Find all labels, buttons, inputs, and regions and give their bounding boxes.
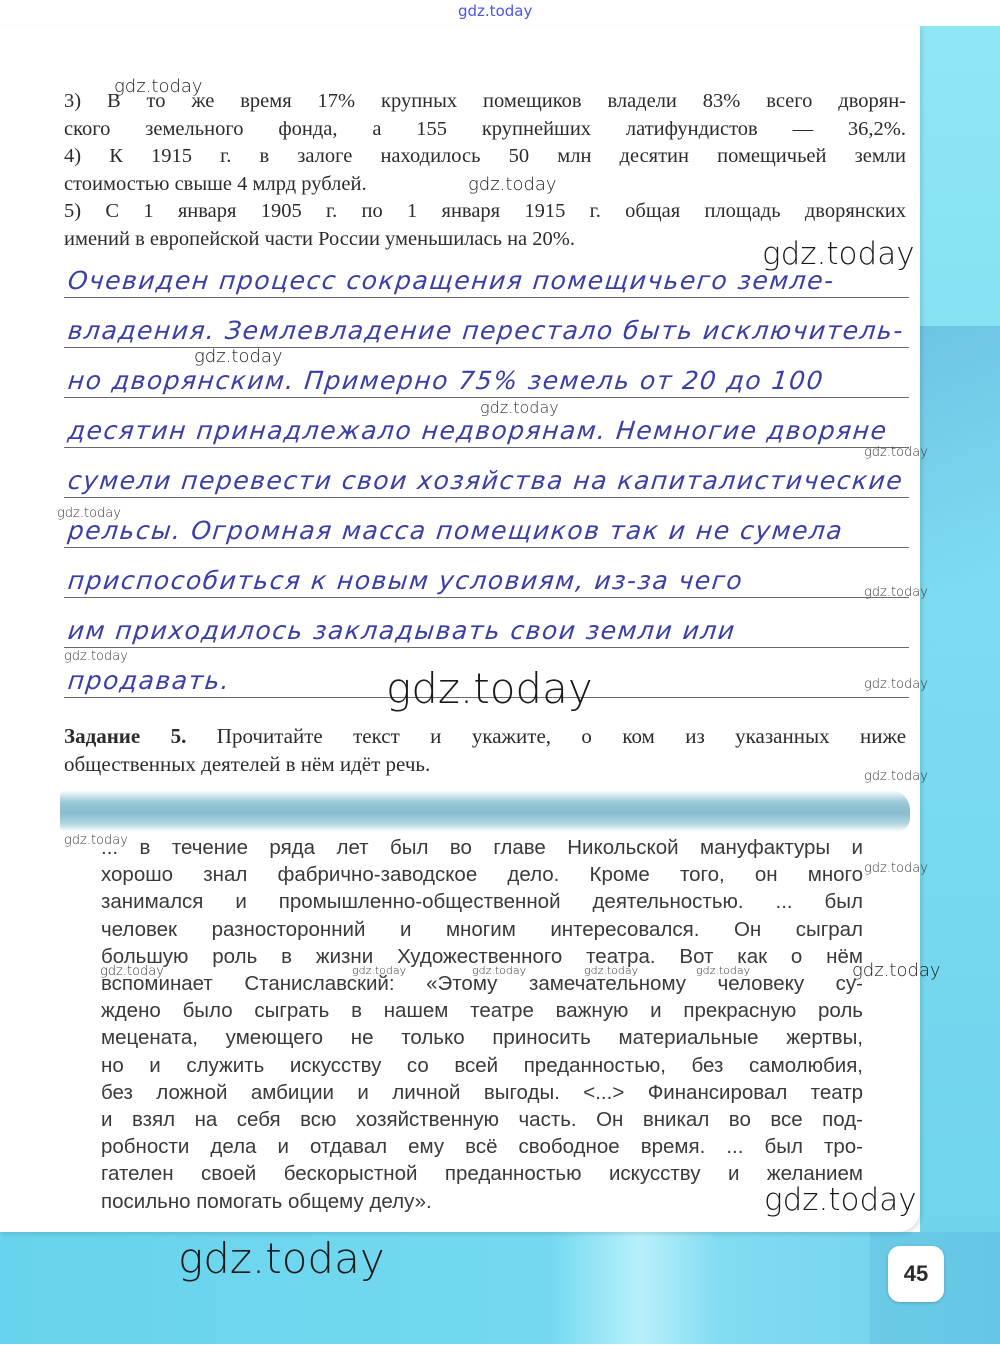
watermark: gdz.today	[864, 445, 928, 460]
fact-line: ского земельного фонда, а 155 крупнейших…	[64, 116, 906, 144]
answer-line: но дворянским. Примерно 75% земель от 20…	[64, 348, 909, 398]
quote-line: ... в течение ряда лет был во главе Нико…	[101, 834, 863, 861]
answer-text: владения. Землевладение перестало быть и…	[66, 316, 905, 345]
decorative-bottom-band	[0, 1232, 1000, 1344]
quote-line: но и служить искусству со всей преданнос…	[101, 1052, 863, 1079]
watermark: gdz.today	[114, 76, 203, 97]
answer-text: но дворянским. Примерно 75% земель от 20…	[66, 366, 825, 395]
watermark: gdz.today	[584, 964, 638, 977]
watermark: gdz.today	[864, 769, 928, 784]
watermark: gdz.today	[696, 964, 750, 977]
task-line: Задание 5. Прочитайте текст и укажите, о…	[64, 722, 906, 750]
task-line: общественных деятелей в нём идёт речь.	[64, 750, 906, 778]
watermark: gdz.today	[64, 649, 128, 664]
decorative-side-strip	[920, 26, 1000, 1246]
quote-line: гателен своей бескорыстной преданностью …	[101, 1160, 863, 1187]
watermark: gdz.today	[352, 964, 406, 977]
answer-text: приспособиться к новым условиям, из-за ч…	[66, 566, 744, 595]
quote-line: ждено было сыграть в нашем театре важную…	[101, 997, 863, 1024]
watermark: gdz.today	[864, 677, 928, 692]
watermark: gdz.today	[386, 664, 593, 713]
fact-line: 4) К 1915 г. в залоге находилось 50 млн …	[64, 143, 906, 171]
watermark: gdz.today	[64, 833, 128, 848]
answer-line: владения. Землевладение перестало быть и…	[64, 298, 909, 348]
bottom-margin	[0, 1344, 1000, 1355]
fact-line: 5) С 1 января 1905 г. по 1 января 1915 г…	[64, 198, 906, 226]
answer-line: рельсы. Огромная масса помещиков так и н…	[64, 498, 909, 548]
answer-text: десятин принадлежало недворянам. Немноги…	[66, 416, 889, 445]
watermark: gdz.today	[764, 1182, 917, 1218]
answer-line: им приходилось закладывать свои земли ил…	[64, 598, 909, 648]
watermark: gdz.today	[57, 506, 121, 521]
strip-shading	[920, 326, 1000, 1226]
watermark: gdz.today	[864, 861, 928, 876]
watermark: gdz.today	[480, 398, 559, 417]
answer-line: приспособиться к новым условиям, из-за ч…	[64, 548, 909, 598]
quote-passage: ... в течение ряда лет был во главе Нико…	[101, 834, 863, 1215]
answer-text: рельсы. Огромная масса помещиков так и н…	[66, 516, 844, 545]
watermark: gdz.today	[852, 960, 941, 981]
watermark: gdz.today	[864, 585, 928, 600]
task-label: Задание 5.	[64, 724, 186, 748]
quote-line: робности дела и отдавал ему всё свободно…	[101, 1133, 863, 1160]
task-text: Прочитайте текст и укажите, о ком из ука…	[217, 724, 906, 748]
answer-text: им приходилось закладывать свои земли ил…	[66, 616, 737, 645]
answer-line: сумели перевести свои хозяйства на капит…	[64, 448, 909, 498]
quote-line: без ложной амбиции и личной выгоды. <...…	[101, 1079, 863, 1106]
answer-text: Очевиден процесс сокращения помещичьего …	[66, 266, 836, 295]
answer-text: продавать.	[66, 666, 231, 695]
quote-line: и взял на себя всю хозяйственную часть. …	[101, 1106, 863, 1133]
watermark: gdz.today	[100, 964, 164, 979]
quote-line: хорошо знал фабрично-заводское дело. Кро…	[101, 861, 863, 888]
quote-line: мецената, умеющего не только приносить м…	[101, 1024, 863, 1051]
watermark: gdz.today	[472, 964, 526, 977]
quote-line: занимался и промышленно-общественной дея…	[101, 888, 863, 915]
quote-line: посильно помогать общему делу».	[101, 1188, 863, 1215]
task-5-heading: Задание 5. Прочитайте текст и укажите, о…	[64, 722, 906, 778]
handwritten-answer: Очевиден процесс сокращения помещичьего …	[64, 248, 909, 698]
page-number-badge: 45	[888, 1246, 944, 1302]
decorative-brush-stroke	[60, 790, 910, 832]
page-number: 45	[904, 1261, 928, 1287]
top-watermark-link[interactable]: gdz.today	[458, 2, 532, 20]
watermark: gdz.today	[468, 174, 557, 195]
watermark: gdz.today	[762, 236, 915, 272]
watermark: gdz.today	[178, 1234, 385, 1283]
watermark: gdz.today	[194, 346, 283, 367]
answer-text: сумели перевести свои хозяйства на капит…	[66, 466, 904, 495]
quote-line: человек разносторонний и многим интересо…	[101, 916, 863, 943]
printed-facts: 3) В то же время 17% крупных помещиков в…	[64, 88, 906, 253]
